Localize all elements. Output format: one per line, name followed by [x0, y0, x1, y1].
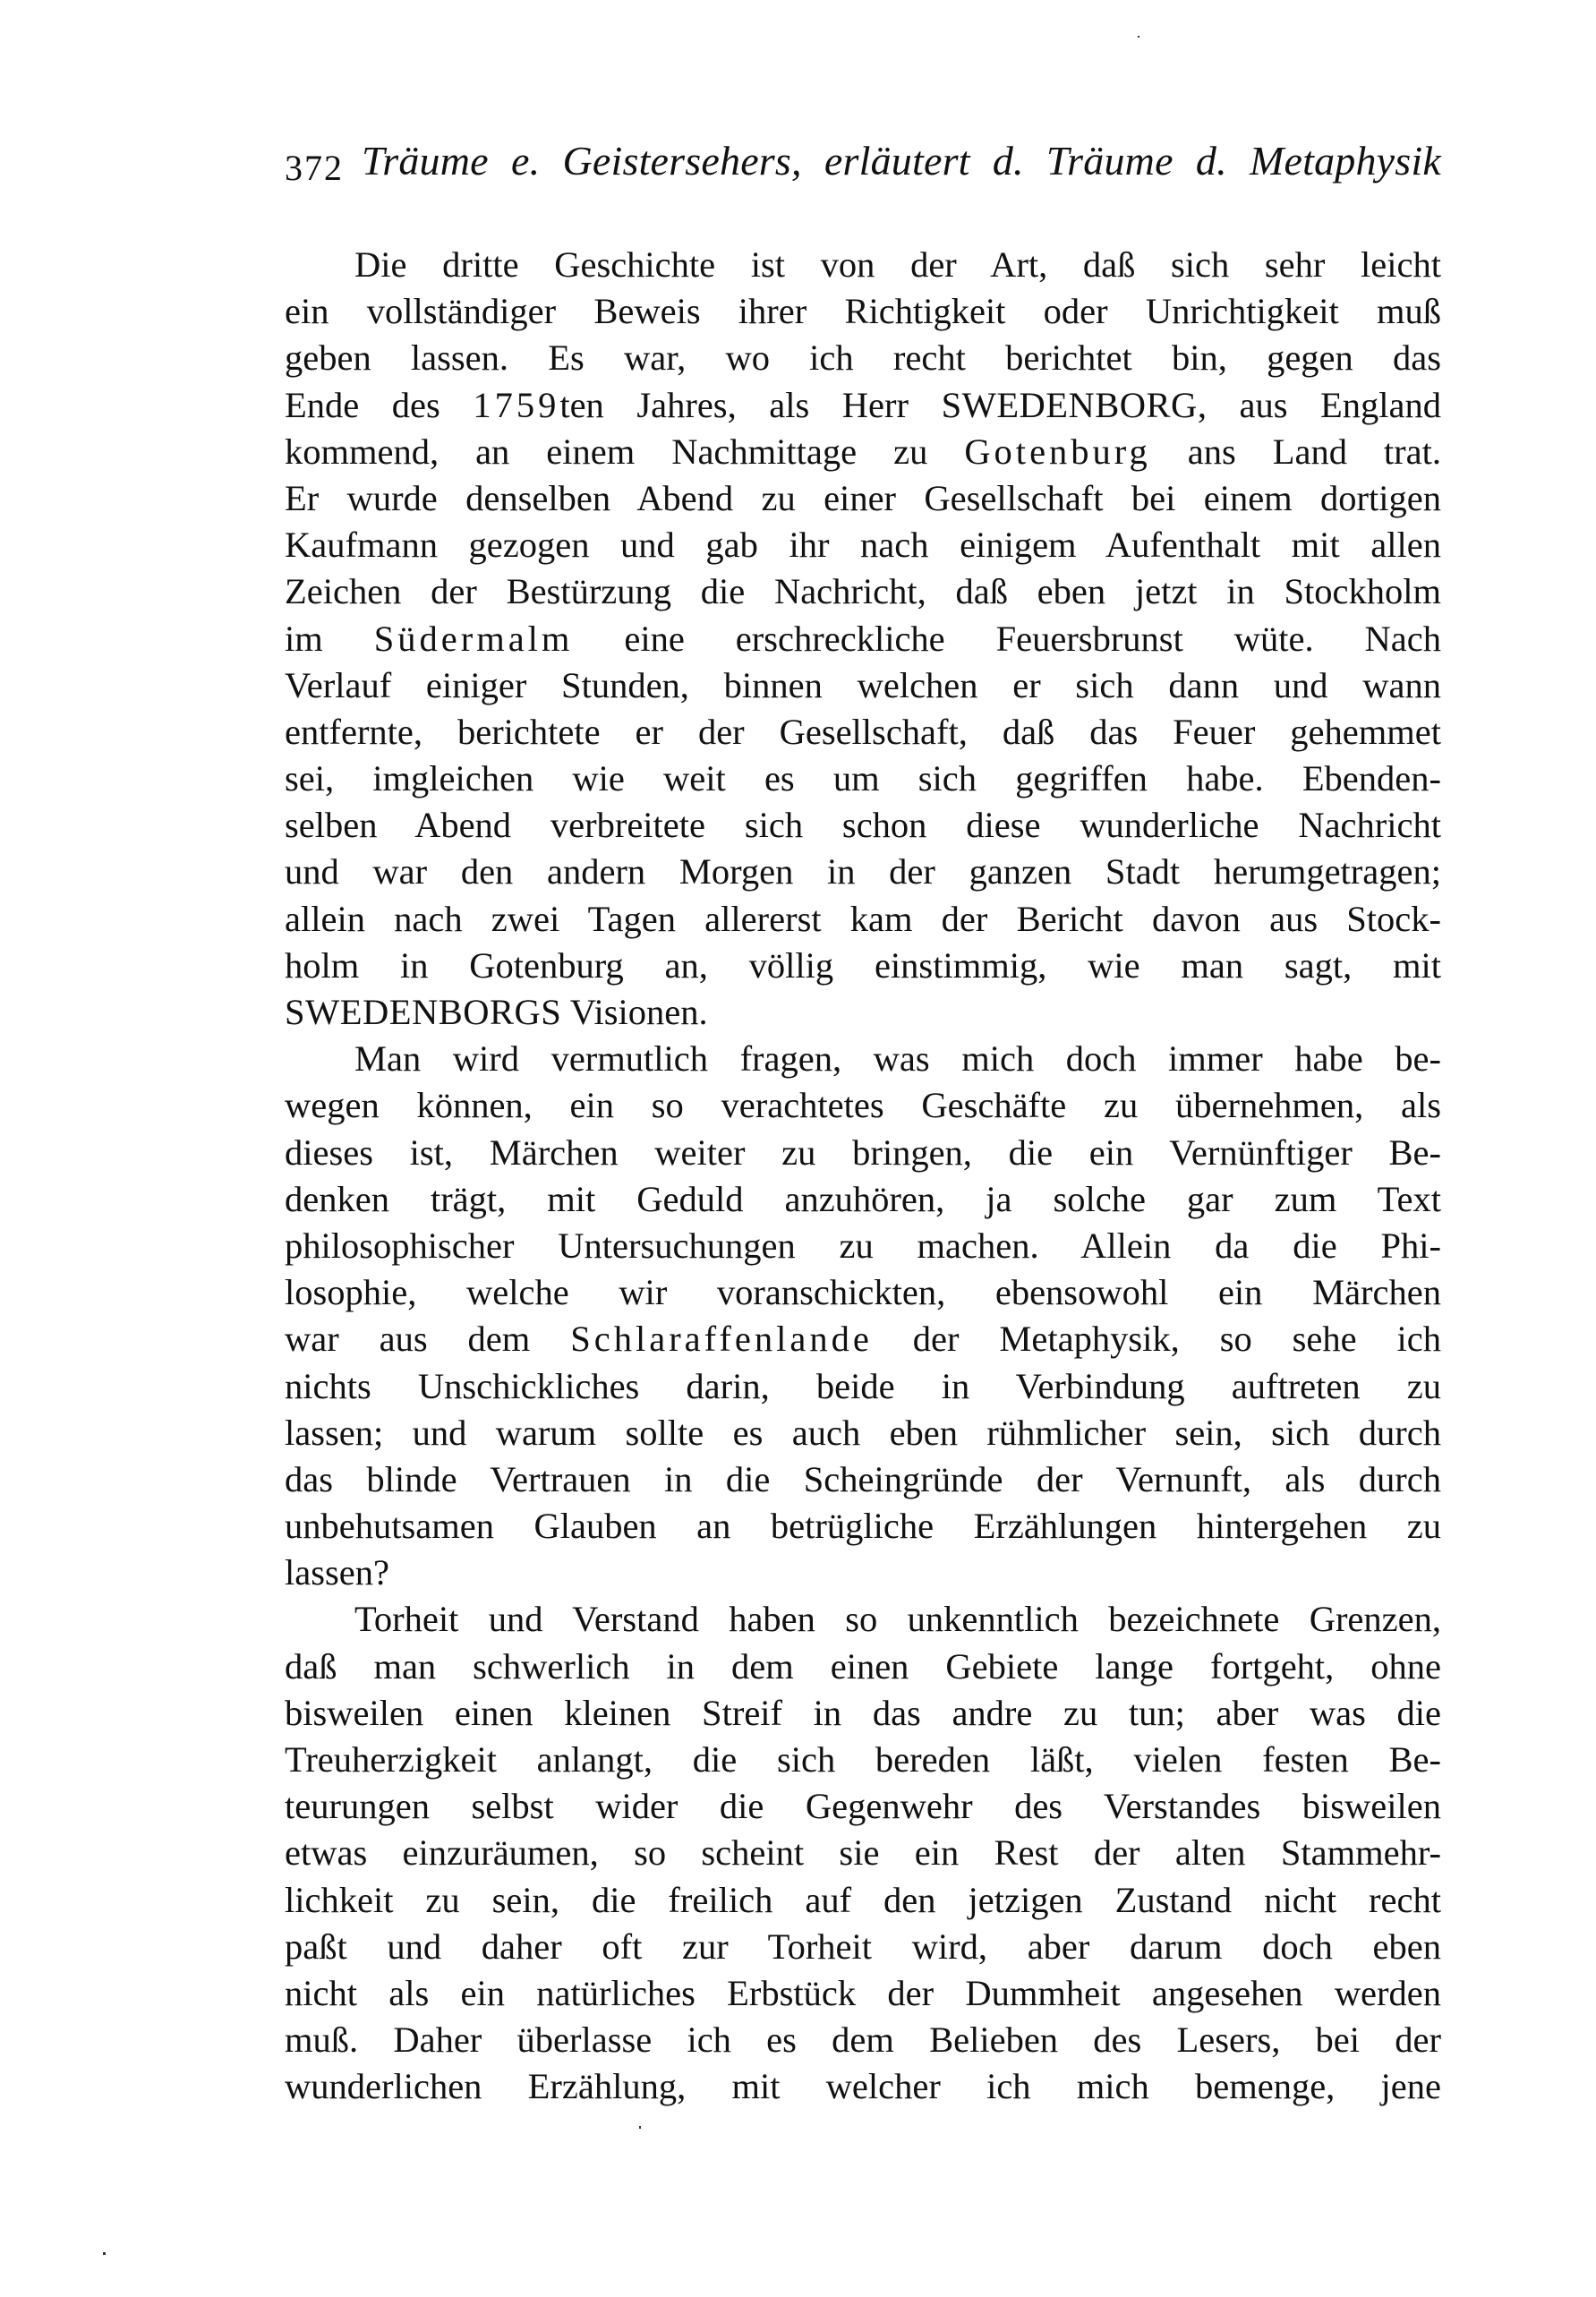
text-line: Torheit und Verstand haben so unkenntlic… — [285, 1596, 1441, 1643]
text-line: allein nach zwei Tagen allererst kam der… — [285, 896, 1441, 943]
paragraph-1: Die dritte Geschichte ist von der Art, d… — [285, 242, 1441, 1036]
text-line: entfernte, berichtete er der Gesellschaf… — [285, 709, 1441, 756]
text-span: der Metaphysik, so sehe ich — [913, 1319, 1441, 1359]
spaced-emphasis: Schlaraffenlande — [570, 1319, 873, 1359]
text-line: lichkeit zu sein, die freilich auf den j… — [285, 1877, 1441, 1924]
page-number: 372 — [285, 141, 344, 195]
text-line: dieses ist, Märchen weiter zu bringen, d… — [285, 1130, 1441, 1176]
text-line: nichts Unschickliches darin, beide in Ve… — [285, 1363, 1441, 1410]
text-line: wegen können, ein so verachtetes Geschäf… — [285, 1082, 1441, 1129]
text-line: Die dritte Geschichte ist von der Art, d… — [285, 242, 1441, 288]
text-line: Zeichen der Bestürzung die Nachricht, da… — [285, 568, 1441, 615]
text-line: paßt und daher oft zur Torheit wird, abe… — [285, 1924, 1441, 1970]
text-line: etwas einzuräumen, so scheint sie ein Re… — [285, 1830, 1441, 1876]
text-line: Treuherzigkeit anlangt, die sich bereden… — [285, 1737, 1441, 1783]
text-line: unbehutsamen Glauben an betrügliche Erzä… — [285, 1503, 1441, 1550]
book-page: 372 Träume e. Geistersehers, erläutert d… — [285, 134, 1441, 2111]
running-head: 372 Träume e. Geistersehers, erläutert d… — [285, 134, 1441, 188]
text-line: holm in Gotenburg an, völlig einstimmig,… — [285, 943, 1441, 989]
text-line: lassen? — [285, 1550, 1441, 1596]
text-span: eine erschreckliche Feuersbrunst wüte. N… — [624, 619, 1441, 659]
name-small-caps: SWEDENBORG — [942, 385, 1198, 425]
scan-speck — [639, 2126, 641, 2129]
paragraph-2: Man wird vermutlich fragen, was mich doc… — [285, 1036, 1441, 1596]
text-line: ein vollständiger Beweis ihrer Richtigke… — [285, 288, 1441, 335]
text-span: ten Jahres, als Herr — [559, 385, 909, 425]
year-numeral: 1759 — [473, 385, 559, 425]
text-line: wunderlichen Erzählung, mit welcher ich … — [285, 2063, 1441, 2110]
text-line: geben lassen. Es war, wo ich recht beric… — [285, 335, 1441, 381]
scan-speck — [1138, 36, 1139, 38]
text-line: lassen; und warum sollte es auch eben rü… — [285, 1410, 1441, 1456]
text-line: Man wird vermutlich fragen, was mich doc… — [285, 1036, 1441, 1082]
text-line: kommend, an einem Nachmittage zu Gotenbu… — [285, 429, 1441, 475]
running-head-title: Träume e. Geistersehers, erläutert d. Tr… — [362, 134, 1441, 188]
text-span: im — [285, 619, 323, 659]
text-line: das blinde Vertrauen in die Scheingründe… — [285, 1456, 1441, 1503]
scan-speck — [103, 2252, 106, 2255]
name-small-caps: SWEDENBORGS — [285, 992, 561, 1032]
text-line: sei, imgleichen wie weit es um sich gegr… — [285, 756, 1441, 802]
text-line: SWEDENBORGS Visionen. — [285, 989, 1441, 1036]
text-span: Visionen. — [570, 992, 708, 1032]
spaced-emphasis: Südermalm — [374, 619, 574, 659]
text-span: Ende des — [285, 385, 440, 425]
text-line: daß man schwerlich in dem einen Gebiete … — [285, 1644, 1441, 1690]
text-line: denken trägt, mit Geduld anzuhören, ja s… — [285, 1176, 1441, 1223]
text-line: losophie, welche wir voranschickten, ebe… — [285, 1269, 1441, 1316]
text-line: Er wurde denselben Abend zu einer Gesell… — [285, 475, 1441, 522]
text-line: Ende des 1759ten Jahres, als Herr SWEDEN… — [285, 382, 1441, 429]
text-line: muß. Daher überlasse ich es dem Belieben… — [285, 2017, 1441, 2063]
paragraph-3: Torheit und Verstand haben so unkenntlic… — [285, 1596, 1441, 2110]
text-line: im Südermalm eine erschreckliche Feuersb… — [285, 616, 1441, 662]
text-span: ans Land trat. — [1188, 431, 1441, 472]
text-span: war aus dem — [285, 1319, 530, 1359]
text-line: war aus dem Schlaraffenlande der Metaphy… — [285, 1316, 1441, 1362]
text-line: Verlauf einiger Stunden, binnen welchen … — [285, 662, 1441, 709]
text-line: teurungen selbst wider die Gegenwehr des… — [285, 1783, 1441, 1830]
body-text: Die dritte Geschichte ist von der Art, d… — [285, 242, 1441, 2111]
text-line: und war den andern Morgen in der ganzen … — [285, 849, 1441, 895]
spaced-emphasis: Gotenburg — [964, 431, 1150, 472]
text-span: , aus England — [1198, 385, 1441, 425]
text-line: selben Abend verbreitete sich schon dies… — [285, 802, 1441, 849]
text-line: Kaufmann gezogen und gab ihr nach einige… — [285, 522, 1441, 568]
text-span: kommend, an einem Nachmittage zu — [285, 431, 927, 472]
text-line: bisweilen einen kleinen Streif in das an… — [285, 1690, 1441, 1737]
text-line: nicht als ein natürliches Erbstück der D… — [285, 1970, 1441, 2017]
text-line: philosophischer Untersuchungen zu machen… — [285, 1223, 1441, 1269]
